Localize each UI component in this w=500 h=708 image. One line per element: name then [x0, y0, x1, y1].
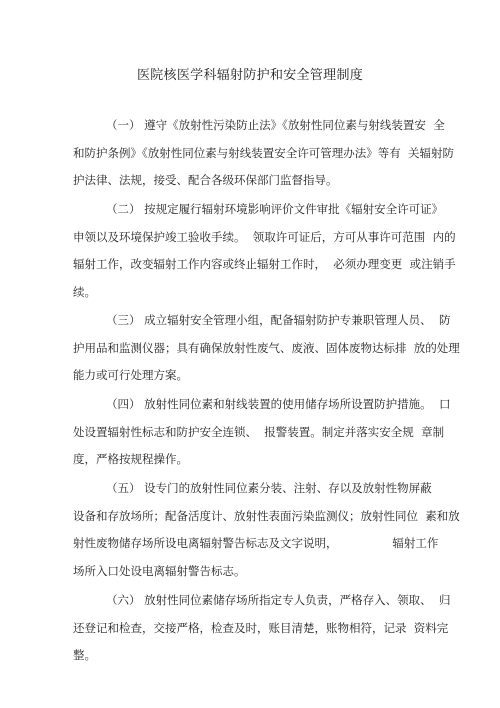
- paragraph-line: 设备和存放场所；配备活度计、放射性表面污染监测仪；放射性同位 素和放: [73, 503, 423, 531]
- paragraph-4: （四） 放射性同位素和射线装置的使用储存场所设置防护措施。 口 处设置辐射性标志…: [73, 391, 423, 474]
- paragraph-line: 和防护条例》《放射性同位素与射线装置安全许可管理办法》等有 关辐射防: [73, 140, 423, 168]
- paragraph-line: 还登记和检查，交接严格，检查及时，账目清楚，账物相符，记录 资料完: [73, 615, 423, 643]
- paragraph-3: （三） 成立辐射安全管理小组，配备辐射防护专兼职管理人员、 防 护用品和监测仪器…: [73, 307, 423, 390]
- paragraph-line: 续。: [73, 279, 423, 307]
- paragraph-line: （二） 按规定履行辐射环境影响评价文件审批《辐射安全许可证》: [73, 196, 423, 224]
- paragraph-line: 能力或可行处理方案。: [73, 362, 423, 390]
- paragraph-line: 射性废物储存场所设电离辐射警告标志及文字说明， 辐射工作: [73, 530, 423, 558]
- paragraph-line: 辐射工作，改变辐射工作内容或终止辐射工作时， 必须办理变更 或注销手: [73, 251, 423, 279]
- paragraph-line: （六） 放射性同位素储存场所指定专人负责，严格存入、领取、 归: [73, 587, 423, 615]
- paragraph-1: （一） 遵守《放射性污染防止法》《放射性同位素与射线装置安 全 和防护条例》《放…: [73, 112, 423, 195]
- paragraph-line: 场所入口处设电离辐射警告标志。: [73, 558, 423, 586]
- paragraph-line: （一） 遵守《放射性污染防止法》《放射性同位素与射线装置安 全: [73, 112, 423, 140]
- paragraph-line: 申领以及环境保护竣工验收手续。 领取许可证后，方可从事许可范围 内的: [73, 224, 423, 252]
- paragraph-2: （二） 按规定履行辐射环境影响评价文件审批《辐射安全许可证》 申领以及环境保护竣…: [73, 196, 423, 306]
- paragraph-line: 护用品和监测仪器；具有确保放射性废气、废液、固体废物达标排 放的处理: [73, 335, 423, 363]
- paragraph-line: 护法律、法规，接受、配合各级环保部门监督指导。: [73, 167, 423, 195]
- paragraph-5: （五） 设专门的放射性同位素分装、注射、存以及放射性物屏蔽 设备和存放场所；配备…: [73, 475, 423, 585]
- paragraph-6: （六） 放射性同位素储存场所指定专人负责，严格存入、领取、 归 还登记和检查，交…: [73, 587, 423, 670]
- paragraph-line: （四） 放射性同位素和射线装置的使用储存场所设置防护措施。 口: [73, 391, 423, 419]
- paragraph-line: 整。: [73, 642, 423, 670]
- paragraph-line: 处设置辐射性标志和防护安全连锁、 报警装置。制定并落实安全规 章制: [73, 419, 423, 447]
- paragraph-line: （五） 设专门的放射性同位素分装、注射、存以及放射性物屏蔽: [73, 475, 423, 503]
- document-title: 医院核医学科辐射防护和安全管理制度: [0, 64, 500, 83]
- paragraph-line: 度，严格按规程操作。: [73, 446, 423, 474]
- paragraph-line: （三） 成立辐射安全管理小组，配备辐射防护专兼职管理人员、 防: [73, 307, 423, 335]
- document-page: 医院核医学科辐射防护和安全管理制度 （一） 遵守《放射性污染防止法》《放射性同位…: [0, 0, 500, 708]
